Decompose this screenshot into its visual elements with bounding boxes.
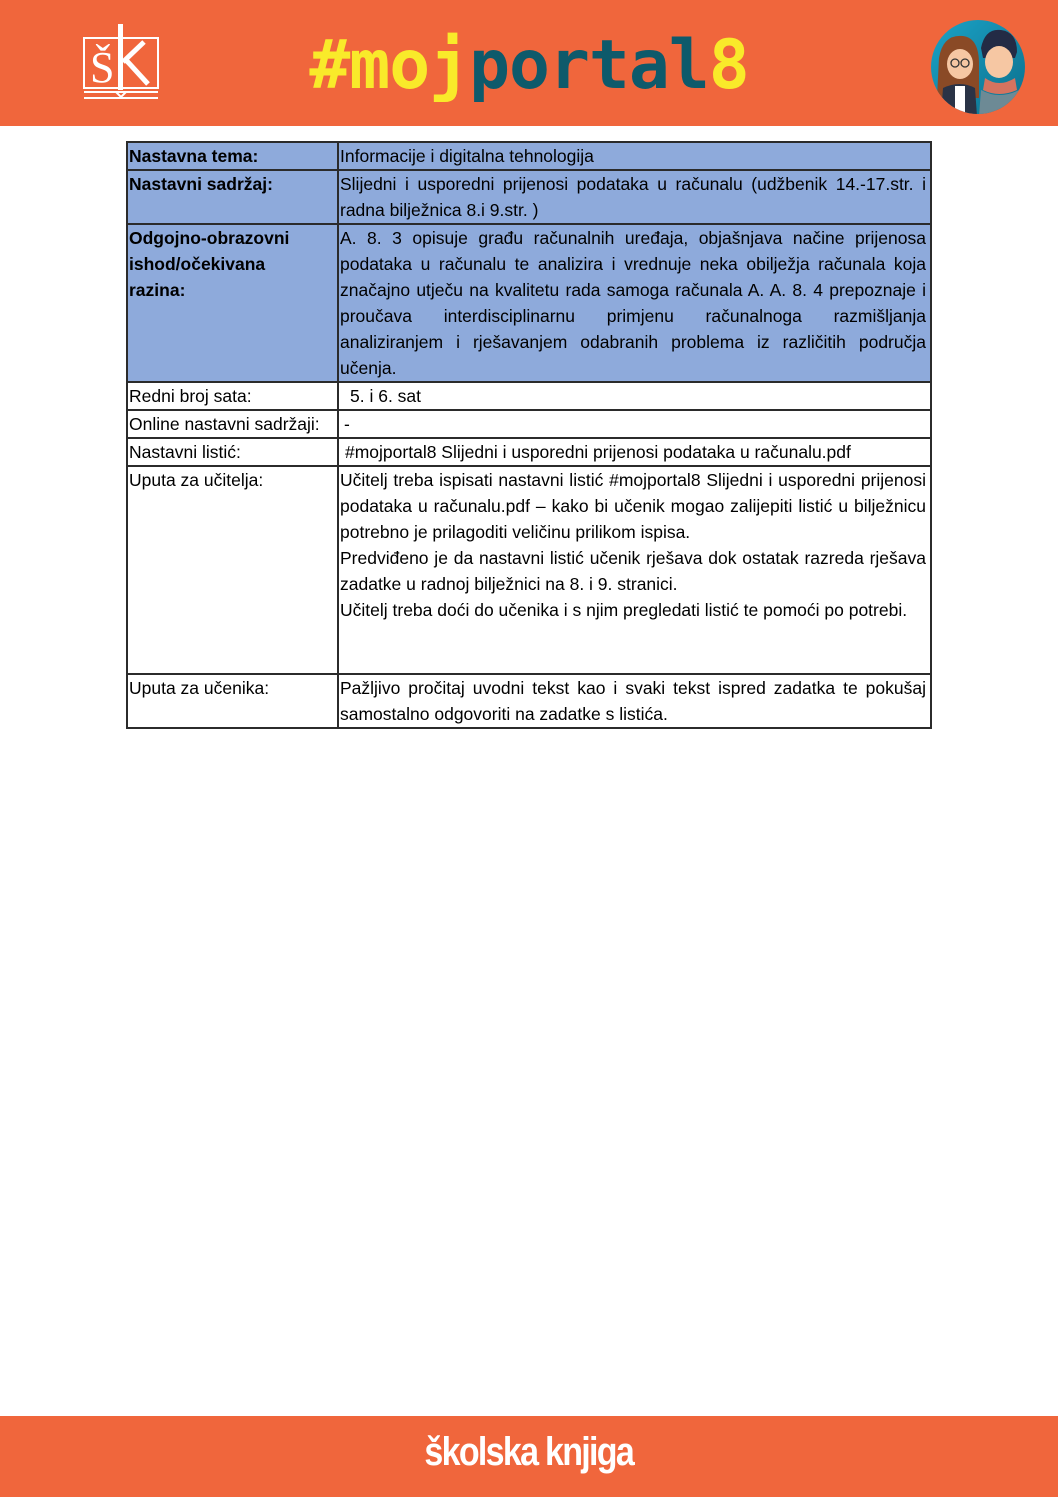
row-value: Učitelj treba ispisati nastavni listić #… bbox=[338, 466, 931, 674]
table-row: Nastavna tema: Informacije i digitalna t… bbox=[127, 142, 931, 170]
brand-title-part3: 8 bbox=[709, 26, 749, 105]
publisher-name: školska knjiga bbox=[425, 1430, 634, 1475]
table-row: Uputa za učenika: Pažljivo pročitaj uvod… bbox=[127, 674, 931, 728]
row-label: Redni broj sata: bbox=[127, 382, 338, 410]
row-value: Informacije i digitalna tehnologija bbox=[338, 142, 931, 170]
brand-title: #mojportal8 bbox=[0, 26, 1058, 106]
row-label: Uputa za učitelja: bbox=[127, 466, 338, 674]
row-value-text: - bbox=[340, 414, 350, 434]
teacher-instruction-line: Učitelj treba doći do učenika i s njim p… bbox=[340, 597, 926, 623]
students-avatar-icon bbox=[929, 18, 1027, 116]
table-row: Uputa za učitelja: Učitelj treba ispisat… bbox=[127, 466, 931, 674]
row-label: Uputa za učenika: bbox=[127, 674, 338, 728]
row-label: Odgojno-obrazovni ishod/očekivana razina… bbox=[127, 224, 338, 382]
footer-band: školska knjiga bbox=[0, 1416, 1058, 1497]
row-value: A. 8. 3 opisuje građu računalnih uređaja… bbox=[338, 224, 931, 382]
teacher-instruction-line: Predviđeno je da nastavni listić učenik … bbox=[340, 545, 926, 597]
row-label: Nastavna tema: bbox=[127, 142, 338, 170]
row-label: Nastavni sadržaj: bbox=[127, 170, 338, 224]
header-band: Š #mojportal8 bbox=[0, 0, 1058, 126]
row-value: 5. i 6. sat bbox=[338, 382, 931, 410]
teacher-instruction-line: Učitelj treba ispisati nastavni listić #… bbox=[340, 467, 926, 545]
brand-title-part1: #moj bbox=[309, 26, 469, 105]
brand-title-part2: portal bbox=[469, 26, 709, 105]
row-value: Pažljivo pročitaj uvodni tekst kao i sva… bbox=[338, 674, 931, 728]
row-label: Nastavni listić: bbox=[127, 438, 338, 466]
table-row: Redni broj sata: 5. i 6. sat bbox=[127, 382, 931, 410]
table-row: Nastavni sadržaj: Slijedni i usporedni p… bbox=[127, 170, 931, 224]
row-value-text: 5. i 6. sat bbox=[340, 386, 421, 406]
table-row: Nastavni listić: #mojportal8 Slijedni i … bbox=[127, 438, 931, 466]
row-value: - bbox=[338, 410, 931, 438]
row-value-text: #mojportal8 Slijedni i usporedni prijeno… bbox=[340, 442, 851, 462]
lesson-info-table: Nastavna tema: Informacije i digitalna t… bbox=[126, 141, 932, 729]
row-value: #mojportal8 Slijedni i usporedni prijeno… bbox=[338, 438, 931, 466]
row-label: Online nastavni sadržaji: bbox=[127, 410, 338, 438]
row-value: Slijedni i usporedni prijenosi podataka … bbox=[338, 170, 931, 224]
table-row: Online nastavni sadržaji: - bbox=[127, 410, 931, 438]
table-row: Odgojno-obrazovni ishod/očekivana razina… bbox=[127, 224, 931, 382]
row-label-text: Odgojno-obrazovni ishod/očekivana razina… bbox=[129, 225, 309, 303]
